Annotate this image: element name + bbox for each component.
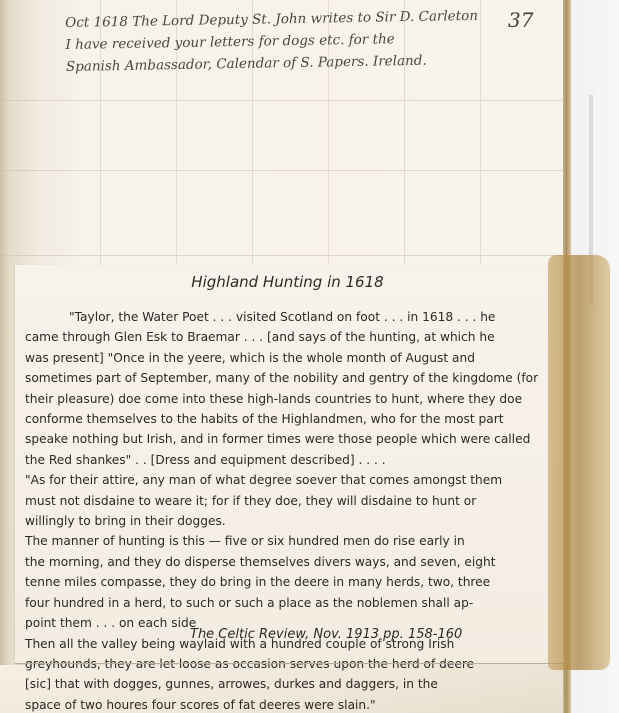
slip-line: conforme themselves to the habits of the…	[25, 409, 600, 429]
slip-line: must not disdaine to weare it; for if th…	[25, 491, 600, 511]
page-number: 37	[508, 8, 533, 32]
slip-title: Highland Hunting in 1618	[15, 273, 560, 291]
slip-citation: The Celtic Review, Nov. 1913 pp. 158-160	[190, 627, 462, 642]
slip-line: "Taylor, the Water Poet . . . visited Sc…	[25, 307, 600, 327]
slip-line: sometimes part of September, many of the…	[25, 368, 600, 388]
slip-line: the Red shankes" . . [Dress and equipmen…	[25, 450, 600, 470]
slip-line: space of two houres four scores of fat d…	[25, 695, 600, 713]
grid-line	[0, 255, 568, 256]
slip-line: their pleasure) doe come into these high…	[25, 389, 600, 409]
adhesive-tape	[548, 255, 610, 670]
grid-line	[0, 100, 568, 101]
slip-line: the morning, and they do disperse themse…	[25, 552, 600, 572]
slip-line: four hundred in a herd, to such or such …	[25, 593, 600, 613]
slip-line: The manner of hunting is this — five or …	[25, 531, 600, 551]
slip-edge	[15, 663, 565, 664]
slip-line: came through Glen Esk to Braemar . . . […	[25, 327, 600, 347]
slip-line: speake nothing but Irish, and in former …	[25, 429, 600, 449]
slip-line: was present] "Once in the yeere, which i…	[25, 348, 600, 368]
slip-line: greyhounds, they are let loose as occasi…	[25, 654, 600, 674]
handwritten-note: Oct 1618 The Lord Deputy St. John writes…	[65, 3, 561, 78]
pasted-slip: Highland Hunting in 1618 "Taylor, the Wa…	[15, 265, 560, 663]
grid-line	[0, 170, 568, 171]
slip-line: tenne miles compasse, they do bring in t…	[25, 572, 600, 592]
slip-line: [sic] that with dogges, gunnes, arrowes,…	[25, 674, 600, 694]
slip-body: "Taylor, the Water Poet . . . visited Sc…	[25, 307, 600, 713]
slip-line: "As for their attire, any man of what de…	[25, 470, 600, 490]
slip-line: willingly to bring in their dogges.	[25, 511, 600, 531]
